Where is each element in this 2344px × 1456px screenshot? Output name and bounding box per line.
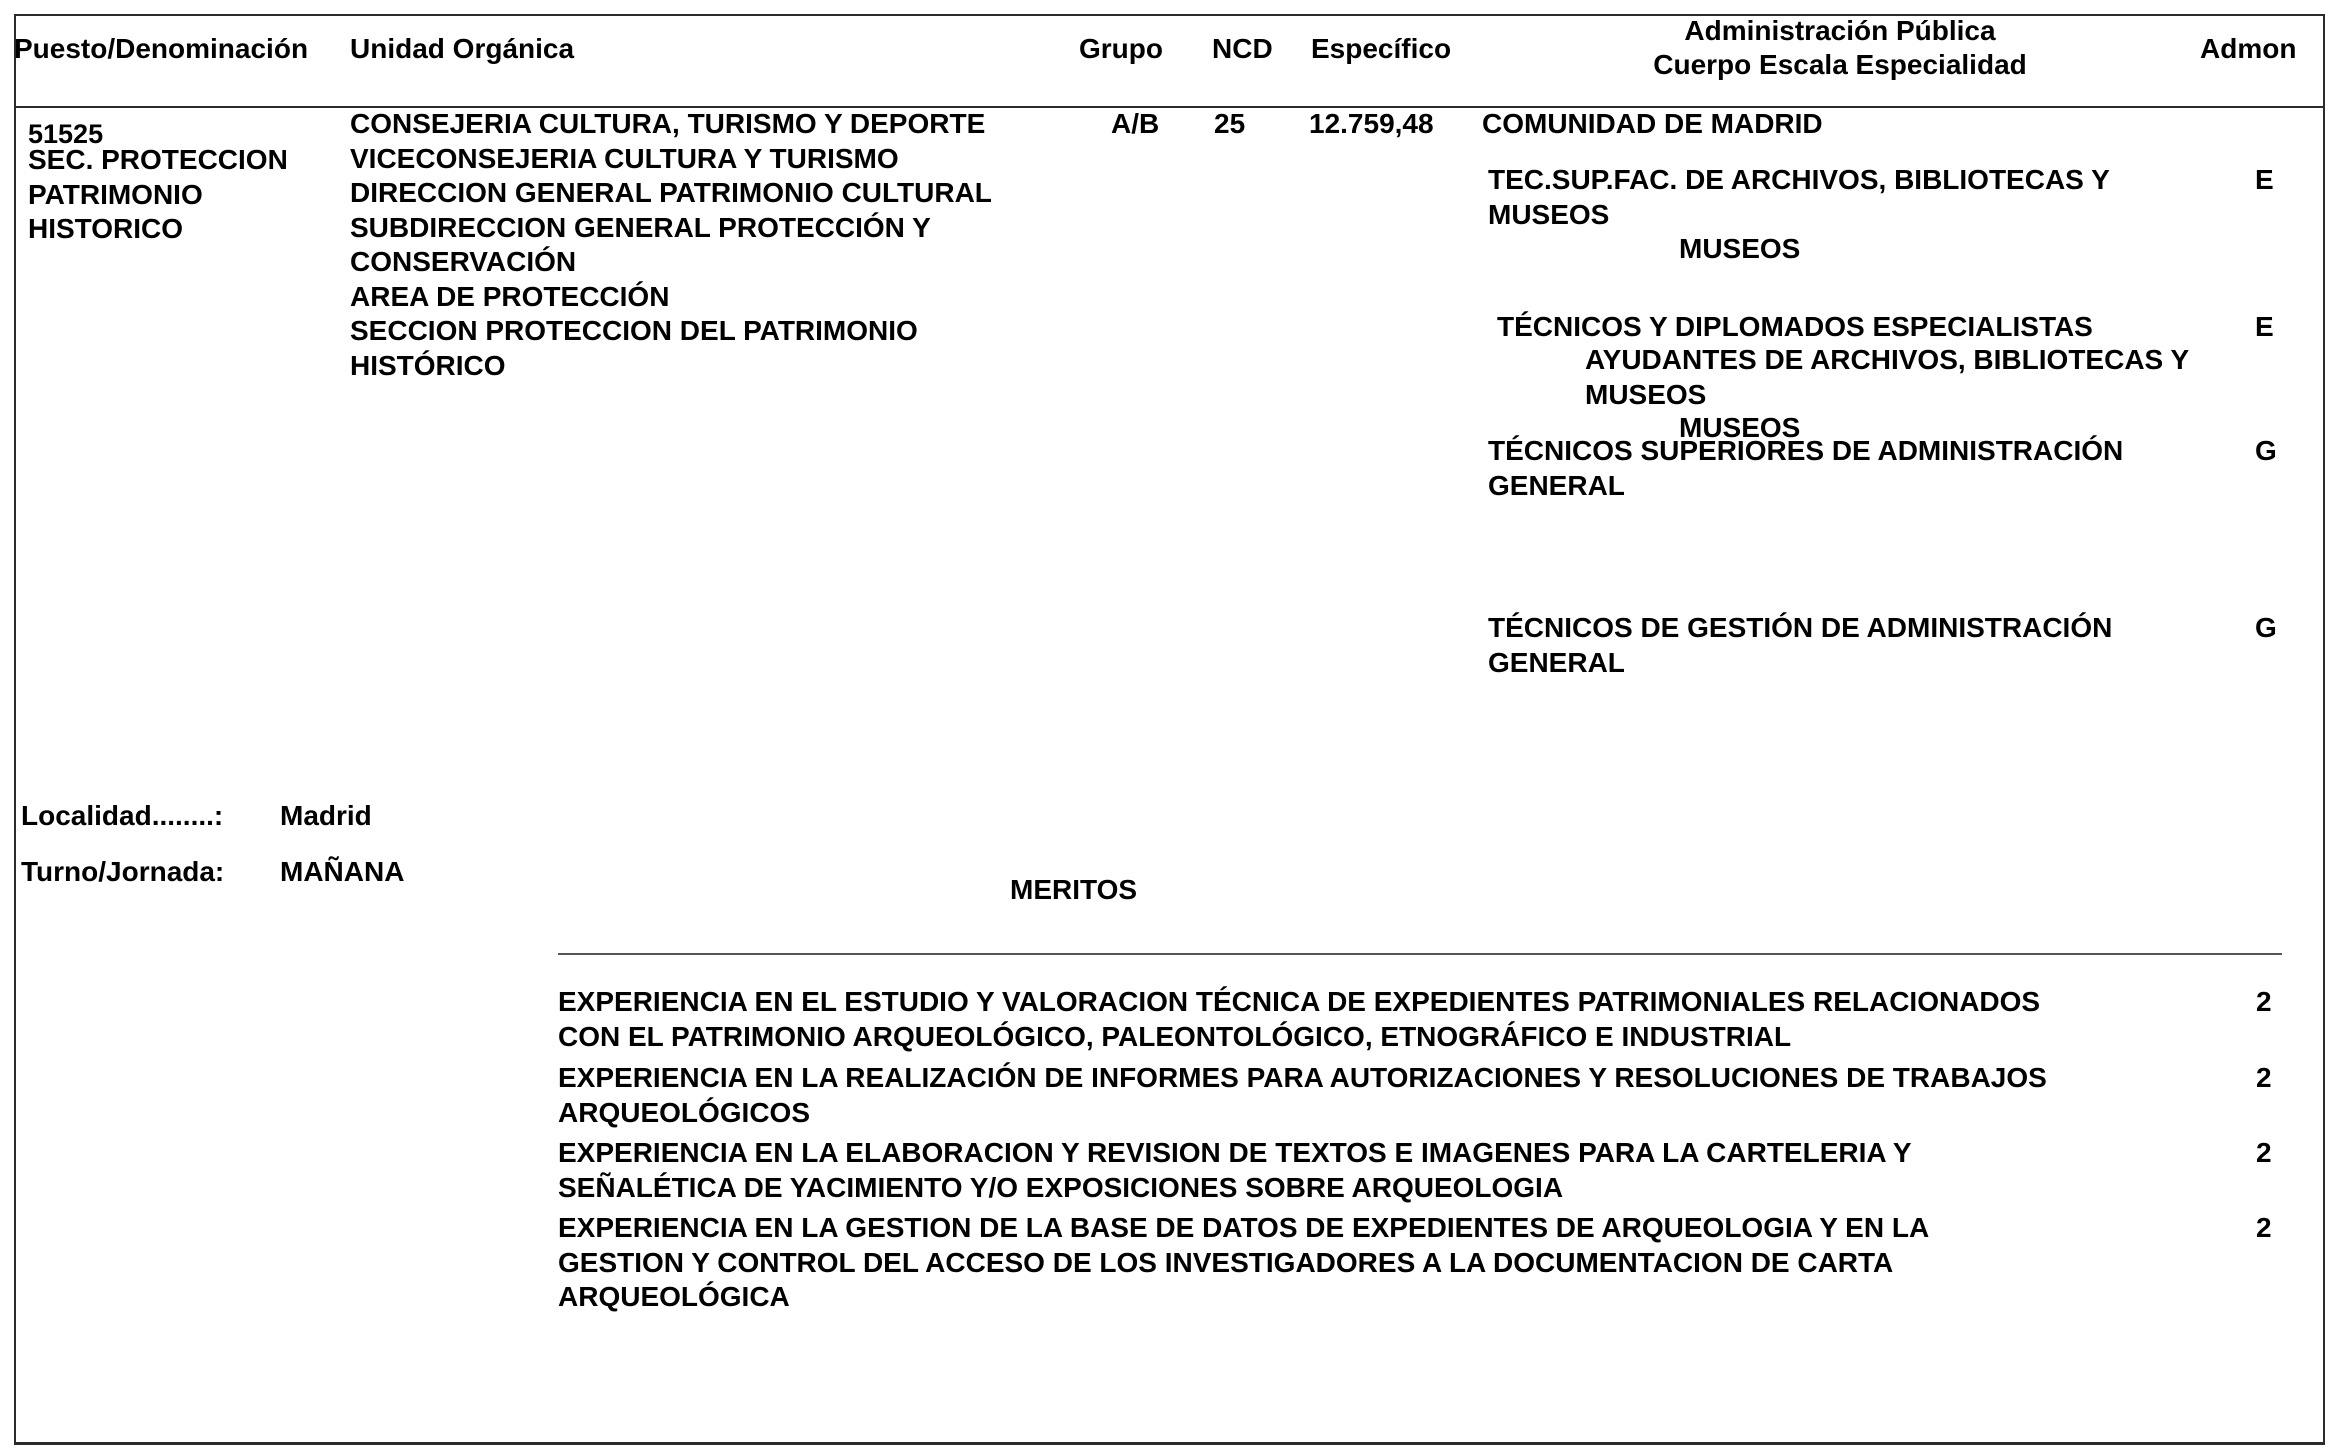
merito-item-4: EXPERIENCIA EN LA GESTION DE LA BASE DE … [558,1211,2098,1315]
merito-score-4: 2 [2256,1211,2272,1246]
merito-item-3: EXPERIENCIA EN LA ELABORACION Y REVISION… [558,1136,2098,1205]
header-puesto: Puesto/Denominación [14,32,308,66]
cuerpo-line: TÉCNICOS SUPERIORES DE ADMINISTRACIÓN [1488,434,2123,469]
merito-line: EXPERIENCIA EN EL ESTUDIO Y VALORACION T… [558,985,2098,1020]
merito-line: ARQUEOLÓGICA [558,1280,2098,1315]
merito-line: EXPERIENCIA EN LA GESTION DE LA BASE DE … [558,1211,2098,1246]
merito-line: EXPERIENCIA EN LA REALIZACIÓN DE INFORME… [558,1061,2098,1096]
cuerpo-line: TEC.SUP.FAC. DE ARCHIVOS, BIBLIOTECAS Y [1488,163,2110,198]
admon-2: E [2255,310,2274,344]
especifico-value: 12.759,48 [1309,107,1434,141]
header-admin-line2: Cuerpo Escala Especialidad [1600,48,2080,82]
denominacion-line: HISTORICO [28,212,288,247]
header-unidad: Unidad Orgánica [350,32,574,66]
localidad-value: Madrid [280,799,372,833]
merito-line: CON EL PATRIMONIO ARQUEOLÓGICO, PALEONTO… [558,1020,2098,1055]
escala-line: MUSEOS [1585,378,2189,413]
unidad-line: SUBDIRECCION GENERAL PROTECCIÓN Y [350,211,992,246]
unidad-line: CONSEJERIA CULTURA, TURISMO Y DEPORTE [350,107,992,142]
localidad-label: Localidad........: [21,799,223,833]
especialidad-1: MUSEOS [1679,232,1800,266]
escala-line: AYUDANTES DE ARCHIVOS, BIBLIOTECAS Y [1585,343,2189,378]
merito-line: ARQUEOLÓGICOS [558,1096,2098,1131]
cuerpo-4: TÉCNICOS DE GESTIÓN DE ADMINISTRACIÓN GE… [1488,611,2112,680]
denominacion-line: SEC. PROTECCION [28,143,288,178]
unidad-line: HISTÓRICO [350,349,992,384]
merito-line: EXPERIENCIA EN LA ELABORACION Y REVISION… [558,1136,2098,1171]
cuerpo-3: TÉCNICOS SUPERIORES DE ADMINISTRACIÓN GE… [1488,434,2123,503]
merito-score-3: 2 [2256,1136,2272,1171]
admon-4: G [2255,611,2277,645]
merito-item-1: EXPERIENCIA EN EL ESTUDIO Y VALORACION T… [558,985,2098,1054]
unidad-organica: CONSEJERIA CULTURA, TURISMO Y DEPORTE VI… [350,107,992,383]
header-admin-line1: Administración Pública [1600,14,2080,48]
cuerpo-line: MUSEOS [1488,198,2110,233]
ncd-value: 25 [1214,107,1245,141]
meritos-title: MERITOS [1010,873,1137,907]
denominacion-line: PATRIMONIO [28,178,288,213]
puesto-denominacion: SEC. PROTECCION PATRIMONIO HISTORICO [28,143,288,247]
merito-line: GESTION Y CONTROL DEL ACCESO DE LOS INVE… [558,1246,2098,1281]
cuerpo-line: GENERAL [1488,469,2123,504]
header-especifico: Específico [1311,32,1451,66]
unidad-line: SECCION PROTECCION DEL PATRIMONIO [350,314,992,349]
administracion-name: COMUNIDAD DE MADRID [1482,107,1823,141]
header-grupo: Grupo [1079,32,1163,66]
grupo-value: A/B [1111,107,1159,141]
unidad-line: VICECONSEJERIA CULTURA Y TURISMO [350,142,992,177]
admon-1: E [2255,163,2274,197]
unidad-line: AREA DE PROTECCIÓN [350,280,992,315]
cuerpo-line: GENERAL [1488,646,2112,681]
unidad-line: CONSERVACIÓN [350,245,992,280]
header-ncd: NCD [1212,32,1273,66]
merito-score-1: 2 [2256,985,2272,1020]
merito-item-2: EXPERIENCIA EN LA REALIZACIÓN DE INFORME… [558,1061,2098,1130]
turno-value: MAÑANA [280,855,404,889]
cuerpo-2: TÉCNICOS Y DIPLOMADOS ESPECIALISTAS [1497,310,2093,344]
cuerpo-line: TÉCNICOS DE GESTIÓN DE ADMINISTRACIÓN [1488,611,2112,646]
turno-label: Turno/Jornada: [21,855,224,889]
escala-2: AYUDANTES DE ARCHIVOS, BIBLIOTECAS Y MUS… [1585,343,2189,412]
merito-line: SEÑALÉTICA DE YACIMIENTO Y/O EXPOSICIONE… [558,1171,2098,1206]
unidad-line: DIRECCION GENERAL PATRIMONIO CULTURAL [350,176,992,211]
merito-score-2: 2 [2256,1061,2272,1096]
cuerpo-1: TEC.SUP.FAC. DE ARCHIVOS, BIBLIOTECAS Y … [1488,163,2110,232]
admon-3: G [2255,434,2277,468]
meritos-divider [558,953,2282,955]
header-admon: Admon [2200,32,2296,66]
